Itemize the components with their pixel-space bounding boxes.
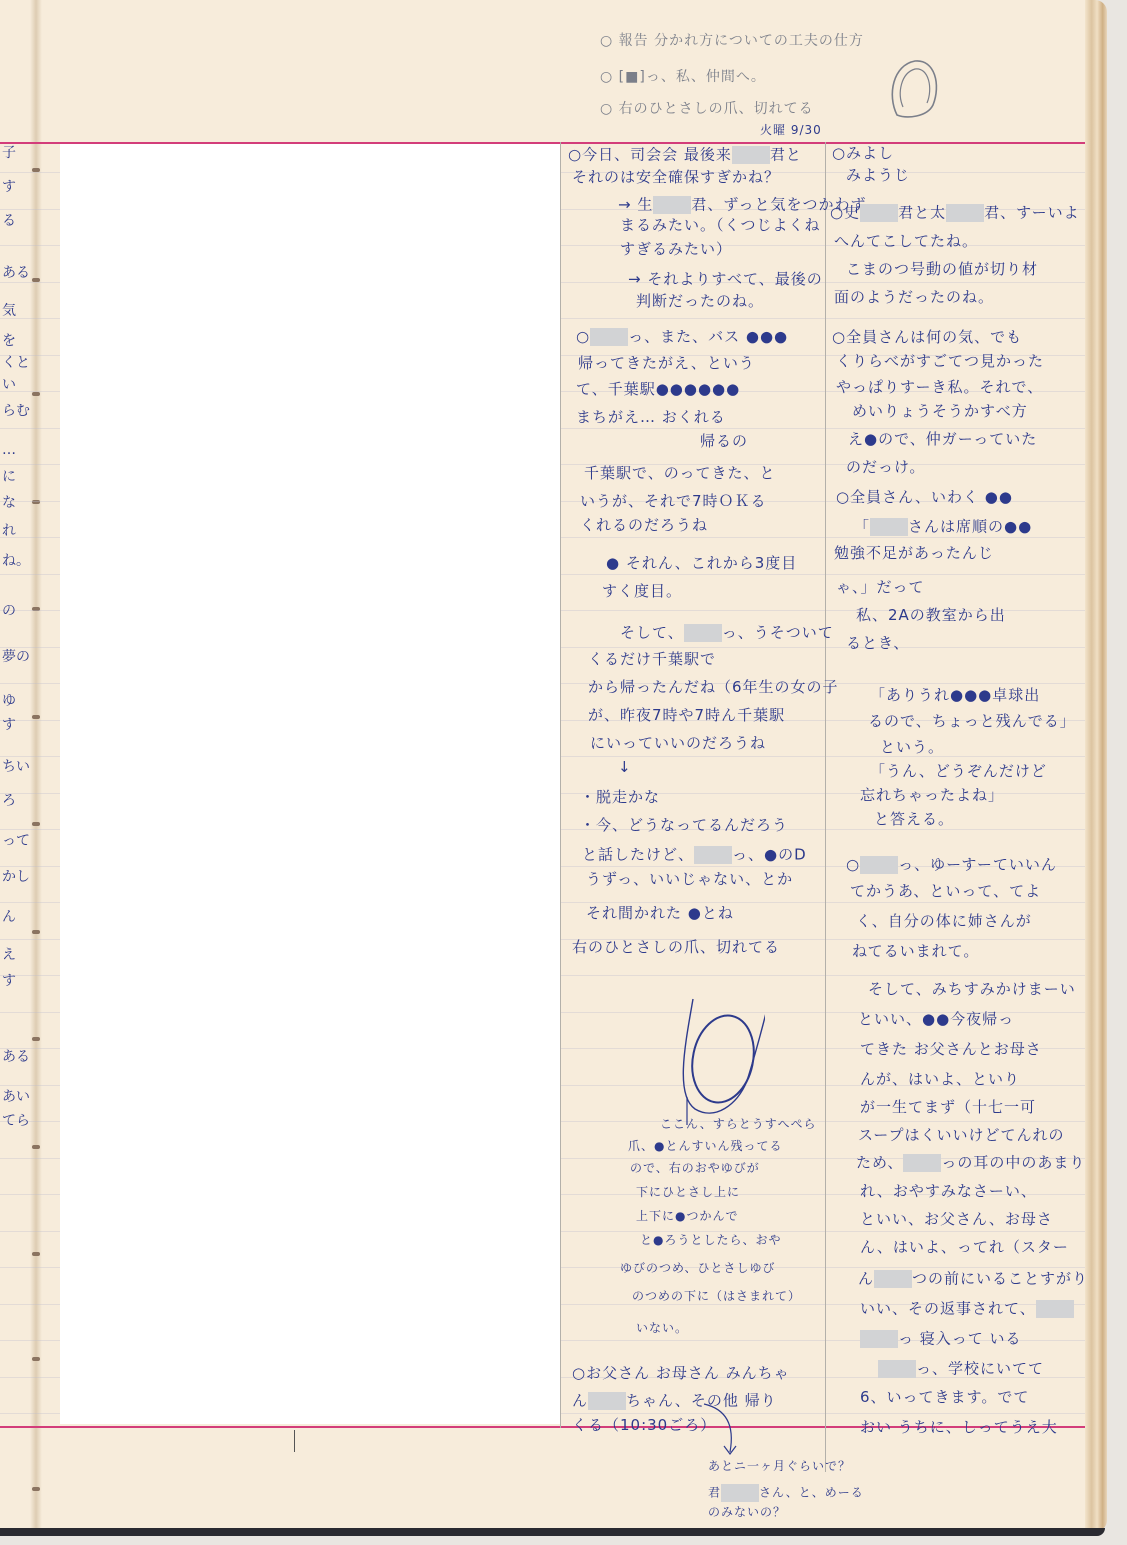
left-page-fragment: い: [2, 374, 16, 394]
header-date: 火曜 9/30: [760, 124, 822, 136]
handwritten-line: 君さん、と、めーる: [708, 1484, 864, 1502]
redacted-name: [684, 624, 722, 642]
handwritten-line: ○お父さん お母さん みんちゃ: [572, 1366, 790, 1381]
handwritten-line: スープはくいいけどてんれの: [858, 1128, 1065, 1143]
handwritten-line: すぎるみたい）: [620, 242, 732, 257]
pencil-note-3: ○ 右のひとさしの爪、切れてる: [600, 102, 814, 116]
handwritten-line: ○全員さんは何の気、でも: [832, 330, 1022, 345]
handwritten-line: 下にひとさし上に: [636, 1186, 740, 1198]
handwritten-line: と話したけど、っ、●のD: [582, 846, 807, 864]
handwritten-line: ・脱走かな: [580, 790, 660, 805]
left-page-fragment: …: [2, 442, 16, 458]
handwritten-line: と答える。: [874, 812, 954, 827]
binding-stitch: [32, 1487, 40, 1491]
handwritten-line: てかうあ、といって、てよ: [850, 884, 1041, 899]
handwritten-line: え●ので、仲ガーっていた: [848, 432, 1037, 447]
handwritten-line: という。: [880, 740, 944, 755]
handwritten-line: めいりょうそうかすべ方: [852, 404, 1028, 419]
binding-stitch: [32, 930, 40, 934]
left-page-fragment: れ: [2, 520, 16, 540]
handwritten-line: そして、みちすみかけまーい: [868, 982, 1076, 997]
left-page-fragment: に: [2, 466, 16, 486]
pencil-note-2: ○ [■]っ、私、仲間へ。: [600, 70, 766, 84]
handwritten-line: くりらべがすごてつ見かった: [836, 354, 1044, 369]
redacted-name: [590, 328, 628, 346]
handwritten-line: と●ろうとしたら、おや: [640, 1234, 781, 1246]
handwritten-line: ○っ、ゆーすーていいん: [846, 856, 1057, 874]
handwritten-line: が一生てまず（十七一可: [860, 1100, 1036, 1115]
notebook-page: 子するある気をくといらむ…になれね。の夢のゆすちいろってかしんえすあるあいてら …: [0, 0, 1100, 1530]
left-page-fragment: す: [2, 970, 16, 990]
handwritten-line: まるみたい。（くつじよくね: [620, 218, 821, 233]
handwritten-line: にいっていいのだろうね: [590, 736, 766, 751]
binding-stitch: [32, 1037, 40, 1041]
handwritten-line: それ間かれた ●とね: [586, 906, 734, 921]
redacted-name: [860, 204, 898, 222]
handwritten-line: ・今、どうなってるんだろう: [580, 818, 788, 833]
redacted-name: [874, 1270, 912, 1288]
handwritten-line: ↓: [618, 760, 632, 775]
handwritten-line: ため、っの耳の中のあまり: [856, 1154, 1085, 1172]
handwritten-line: 帰るの: [700, 434, 748, 449]
handwritten-line: 勉強不足があったんじ: [834, 546, 994, 561]
left-page-fragment: ある: [2, 262, 30, 282]
handwritten-line: そして、っ、うそついて: [620, 624, 834, 642]
handwritten-line: から帰ったんだね（6年生の女の子: [588, 680, 839, 695]
handwritten-line: っ 寝入って いる: [860, 1330, 1022, 1348]
redacted-name: [721, 1484, 759, 1502]
left-page-fragment: す: [2, 714, 16, 734]
handwritten-line: いうが、それで7時ＯＫる: [580, 494, 767, 509]
handwritten-line: あとニ一ヶ月ぐらいで？: [708, 1460, 851, 1472]
redacted-name: [1036, 1300, 1074, 1318]
handwritten-line: 判断だったのね。: [636, 294, 764, 309]
handwritten-line: 6、いってきます。でて: [860, 1390, 1029, 1405]
handwritten-line: んつの前にいることすがりい: [858, 1270, 1104, 1288]
handwritten-line: 千葉駅で、のってきた、と: [584, 466, 776, 481]
handwritten-line: いい、その返事されて、: [860, 1300, 1074, 1318]
handwritten-line: れ、おやすみなさーい、: [860, 1184, 1037, 1199]
handwritten-line: のみないの？: [708, 1506, 786, 1518]
redacted-name: [946, 204, 984, 222]
handwritten-line: が、昨夜7時や7時ん千葉駅: [588, 708, 785, 723]
left-page-fragment: 気: [2, 300, 16, 320]
left-page-fragment: ね。: [2, 550, 30, 570]
redacted-name: [588, 1392, 626, 1410]
handwritten-line: んが、はいよ、といり: [860, 1072, 1020, 1087]
left-page-fragment: す: [2, 176, 16, 196]
handwritten-line: のだっけ。: [846, 460, 925, 475]
handwritten-line: く、自分の体に姉さんが: [856, 914, 1032, 929]
column1-left-border: [560, 142, 561, 1428]
handwritten-line: といい、●●今夜帰っ: [858, 1012, 1014, 1027]
left-page-fragment: る: [2, 210, 16, 230]
handwritten-line: 「うん、どうぞんだけど: [870, 764, 1047, 779]
left-page-fragment: え: [2, 944, 16, 964]
handwritten-line: 右のひとさしの爪、切れてる: [572, 940, 780, 955]
handwritten-line: るので、ちょっと残んでる」: [868, 714, 1076, 729]
handwritten-line: それのは安全確保すぎかね？: [572, 170, 780, 185]
left-page-fragment: って: [2, 830, 30, 850]
handwritten-line: 爪、●とんすいん残ってる: [628, 1140, 782, 1152]
handwritten-line: 忘れちゃったよね」: [860, 788, 1004, 803]
handwritten-line: ○っ、また、バス ●●●: [576, 328, 788, 346]
handwritten-line: すく度目。: [602, 584, 682, 599]
redacted-name: [694, 846, 732, 864]
handwritten-line: ゃ、」だって: [836, 580, 925, 595]
left-page-fragment: 子: [2, 142, 16, 162]
redacted-name: [878, 1360, 916, 1378]
handwritten-line: ○全員さん、いわく ●●: [836, 490, 1013, 505]
left-page-fragment: くと: [2, 352, 30, 372]
redacted-name: [653, 196, 691, 214]
handwritten-line: やっぱりすーき私。それで、: [836, 380, 1043, 395]
arrow-icon: [700, 1400, 740, 1460]
redacted-region: [60, 144, 560, 1424]
binding-stitch: [32, 1145, 40, 1149]
handwritten-line: まちがえ… おくれる: [576, 410, 726, 425]
handwritten-line: くる（10:30ごろ）: [572, 1418, 716, 1433]
page-stack-edge: [1085, 0, 1107, 1532]
handwritten-line: うずっ、いいじゃない、とか: [586, 872, 793, 887]
handwritten-line: てきた お父さんとお母さ: [860, 1042, 1042, 1057]
handwritten-line: ゆびのつめ、ひとさしゆび: [620, 1262, 776, 1274]
handwritten-line: 上下に●つかんで: [636, 1210, 738, 1222]
handwritten-line: 私、2Aの教室から出: [856, 608, 1006, 623]
handwritten-line: 帰ってきたがえ、という: [578, 356, 755, 371]
notebook-spine: [30, 0, 42, 1530]
binding-stitch: [32, 1357, 40, 1361]
pencil-fingernail-sketch: [885, 55, 945, 125]
left-page-fragment: の: [2, 600, 16, 620]
redacted-name: [860, 1330, 898, 1348]
left-page-fragment: ちい: [2, 756, 30, 776]
left-page-fragment: かし: [2, 866, 30, 886]
handwritten-line: みようじ: [846, 168, 910, 183]
binding-stitch: [32, 822, 40, 826]
redacted-name: [732, 146, 770, 164]
binding-stitch: [32, 392, 40, 396]
handwritten-line: っ、学校にいてて: [878, 1360, 1044, 1378]
handwritten-line: て、千葉駅●●●●●●: [576, 382, 740, 397]
handwritten-line: のつめの下に（はさまれて）: [632, 1290, 801, 1302]
left-page-fragment: を: [2, 330, 16, 350]
handwritten-line: おい うちに、しってうえ大: [860, 1420, 1058, 1435]
handwritten-line: といい、お父さん、お母さ: [860, 1212, 1053, 1227]
fingernail-sketch-icon: [655, 985, 765, 1135]
handwritten-line: → それよりすべて、最後の: [628, 272, 823, 287]
left-page-fragment: てら: [2, 1110, 30, 1130]
left-page-fragment: な: [2, 492, 16, 512]
handwritten-line: ○みよし: [832, 146, 894, 161]
redacted-name: [870, 518, 908, 536]
handwritten-line: んちゃん、その他 帰り: [572, 1392, 777, 1410]
left-page-fragment: 夢の: [2, 646, 30, 666]
handwritten-line: 面のようだったのね。: [834, 290, 994, 305]
pencil-tick: [294, 1430, 295, 1452]
handwritten-line: ● それん、これから3度目: [606, 556, 797, 571]
left-page-fragment: ん: [2, 906, 16, 926]
binding-stitch: [32, 1252, 40, 1256]
handwritten-line: ねてるいまれて。: [852, 944, 979, 959]
left-page-fragment: ある: [2, 1046, 30, 1066]
notebook-cover-edge: [0, 1528, 1105, 1536]
handwritten-line: ので、右のおやゆびが: [630, 1162, 760, 1174]
handwritten-line: ○今日、司会会 最後来君と: [568, 146, 802, 164]
handwritten-line: へんてこしてたね。: [834, 234, 978, 249]
binding-stitch: [32, 715, 40, 719]
handwritten-line: るとき、: [846, 636, 909, 651]
redacted-name: [903, 1154, 941, 1172]
handwritten-line: くれるのだろうね: [580, 518, 708, 533]
left-page-fragment: ゆ: [2, 690, 16, 710]
handwritten-line: 「ありうれ●●●卓球出: [870, 688, 1040, 703]
handwritten-line: いない。: [636, 1322, 688, 1334]
left-page-fragment: あい: [2, 1086, 30, 1106]
left-page-fragment: ろ: [2, 790, 16, 810]
handwritten-line: ん、はいよ、ってれ（スター: [860, 1240, 1069, 1255]
handwritten-line: くるだけ千葉駅で: [588, 652, 716, 667]
handwritten-line: ○史君と太君、すーいよ: [830, 204, 1080, 222]
handwritten-line: こまのつ号動の値が切り材: [846, 262, 1038, 277]
handwritten-line: 「さんは席順の●●: [854, 518, 1032, 536]
column-divider: [825, 142, 826, 1472]
pencil-note-1: ○ 報告 分かれ方についての工夫の仕方: [600, 34, 864, 48]
handwritten-line: ここん、すらとうすへぺら: [660, 1118, 816, 1130]
left-page-fragment: らむ: [2, 400, 30, 420]
redacted-name: [860, 856, 898, 874]
